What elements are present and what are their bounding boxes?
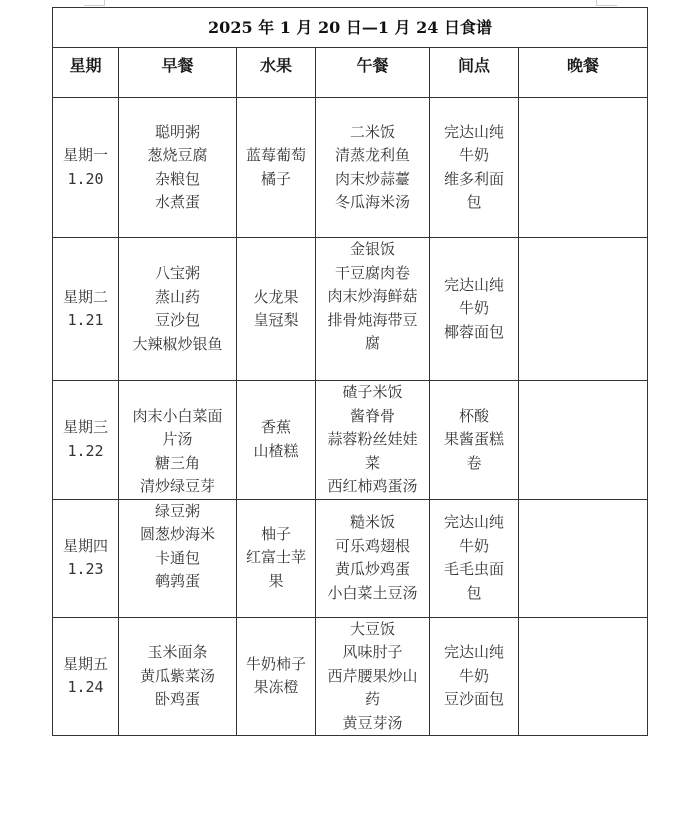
- lunch-cell: 碴子米饭 酱脊骨 蒜蓉粉丝娃娃 菜 西红柿鸡蛋汤: [316, 381, 430, 500]
- menu-title: 2025 年 1 月 20 日—1 月 24 日食谱: [53, 8, 648, 48]
- menu-item: 果酱蛋糕: [430, 428, 518, 452]
- snack-cell: 完达山纯 牛奶 毛毛虫面 包: [430, 499, 519, 617]
- day-date: 1.20: [53, 168, 118, 192]
- lunch-cell: 二米饭 清蒸龙利鱼 肉末炒蒜薹 冬瓜海米汤: [316, 98, 430, 238]
- menu-item: 椰蓉面包: [430, 321, 518, 345]
- menu-item: 风味肘子: [316, 641, 429, 665]
- menu-item: 黄瓜紫菜汤: [119, 665, 236, 689]
- menu-item: 肉末炒蒜薹: [316, 168, 429, 192]
- dinner-cell: [519, 617, 648, 736]
- dinner-cell: [519, 499, 648, 617]
- menu-item: 水煮蛋: [119, 191, 236, 215]
- menu-item: 火龙果: [237, 286, 315, 310]
- day-name: 星期二: [53, 286, 118, 310]
- menu-item: 红富士苹: [237, 546, 315, 570]
- lunch-cell: 金银饭 干豆腐肉卷 肉末炒海鲜菇 排骨炖海带豆 腐: [316, 238, 430, 381]
- menu-item: 黄瓜炒鸡蛋: [316, 558, 429, 582]
- menu-item: 排骨炖海带豆: [316, 309, 429, 333]
- header-snack: 间点: [430, 48, 519, 98]
- day-cell: 星期二 1.21: [53, 238, 119, 381]
- menu-item: 完达山纯: [430, 641, 518, 665]
- breakfast-cell: 玉米面条 黄瓜紫菜汤 卧鸡蛋: [119, 617, 237, 736]
- menu-item: 柚子: [237, 523, 315, 547]
- menu-item: 糙米饭: [316, 511, 429, 535]
- day-date: 1.23: [53, 558, 118, 582]
- menu-item: 鹌鹑蛋: [119, 570, 236, 594]
- menu-item: 果: [237, 570, 315, 594]
- menu-item: 西芹腰果炒山: [316, 665, 429, 689]
- lunch-cell: 糙米饭 可乐鸡翅根 黄瓜炒鸡蛋 小白菜土豆汤: [316, 499, 430, 617]
- menu-item: 豆沙包: [119, 309, 236, 333]
- menu-item: 香蕉: [237, 416, 315, 440]
- fruit-cell: 蓝莓葡萄 橘子: [237, 98, 316, 238]
- breakfast-cell: 肉末小白菜面 片汤 糖三角 清炒绿豆芽: [119, 381, 237, 500]
- menu-item: 腐: [316, 332, 429, 356]
- menu-item: 肉末炒海鲜菇: [316, 285, 429, 309]
- menu-item: 药: [316, 688, 429, 712]
- snack-cell: 杯酸 果酱蛋糕 卷: [430, 381, 519, 500]
- menu-item: 毛毛虫面: [430, 558, 518, 582]
- table-row-friday: 星期五 1.24 玉米面条 黄瓜紫菜汤 卧鸡蛋 牛奶柿子 果冻橙 大豆饭 风味肘…: [53, 617, 648, 736]
- menu-item: 玉米面条: [119, 641, 236, 665]
- table-row-wednesday: 星期三 1.22 肉末小白菜面 片汤 糖三角 清炒绿豆芽 香蕉 山楂糕 碴子米饭…: [53, 381, 648, 500]
- menu-item: 碴子米饭: [316, 381, 429, 405]
- menu-item: 清蒸龙利鱼: [316, 144, 429, 168]
- day-name: 星期四: [53, 535, 118, 559]
- menu-item: 牛奶: [430, 535, 518, 559]
- header-breakfast: 早餐: [119, 48, 237, 98]
- breakfast-cell: 绿豆粥 圆葱炒海米 卡通包 鹌鹑蛋: [119, 499, 237, 617]
- menu-item: 西红柿鸡蛋汤: [316, 475, 429, 499]
- menu-item: 牛奶柿子: [237, 653, 315, 677]
- menu-item: 杂粮包: [119, 168, 236, 192]
- menu-item: 牛奶: [430, 665, 518, 689]
- menu-item: 维多利面: [430, 168, 518, 192]
- table-row-tuesday: 星期二 1.21 八宝粥 蒸山药 豆沙包 大辣椒炒银鱼 火龙果 皇冠梨 金银饭 …: [53, 238, 648, 381]
- menu-item: 金银饭: [316, 238, 429, 262]
- menu-item: 大辣椒炒银鱼: [119, 333, 236, 357]
- snack-cell: 完达山纯 牛奶 豆沙面包: [430, 617, 519, 736]
- snack-cell: 完达山纯 牛奶 维多利面 包: [430, 98, 519, 238]
- day-cell: 星期三 1.22: [53, 381, 119, 500]
- day-date: 1.24: [53, 676, 118, 700]
- menu-item: 绿豆粥: [119, 500, 236, 524]
- menu-item: 卡通包: [119, 547, 236, 571]
- menu-item: 可乐鸡翅根: [316, 535, 429, 559]
- menu-item: 冬瓜海米汤: [316, 191, 429, 215]
- dinner-cell: [519, 381, 648, 500]
- menu-item: 蒸山药: [119, 286, 236, 310]
- menu-item: 大豆饭: [316, 618, 429, 642]
- menu-item: 杯酸: [430, 405, 518, 429]
- header-lunch: 午餐: [316, 48, 430, 98]
- menu-item: 肉末小白菜面: [119, 405, 236, 429]
- menu-item: 蒜蓉粉丝娃娃: [316, 428, 429, 452]
- menu-item: 果冻橙: [237, 676, 315, 700]
- menu-item: 完达山纯: [430, 121, 518, 145]
- fruit-cell: 柚子 红富士苹 果: [237, 499, 316, 617]
- menu-item: 糖三角: [119, 452, 236, 476]
- day-name: 星期一: [53, 144, 118, 168]
- menu-item: 包: [430, 582, 518, 606]
- menu-item: 卧鸡蛋: [119, 688, 236, 712]
- day-cell: 星期五 1.24: [53, 617, 119, 736]
- crop-mark-right: [596, 0, 617, 6]
- menu-item: 圆葱炒海米: [119, 523, 236, 547]
- header-dinner: 晚餐: [519, 48, 648, 98]
- day-date: 1.21: [53, 309, 118, 333]
- table-row-thursday: 星期四 1.23 绿豆粥 圆葱炒海米 卡通包 鹌鹑蛋 柚子 红富士苹 果 糙米饭…: [53, 499, 648, 617]
- menu-item: 葱烧豆腐: [119, 144, 236, 168]
- menu-item: 聪明粥: [119, 121, 236, 145]
- fruit-cell: 火龙果 皇冠梨: [237, 238, 316, 381]
- header-day: 星期: [53, 48, 119, 98]
- day-cell: 星期四 1.23: [53, 499, 119, 617]
- menu-item: 豆沙面包: [430, 688, 518, 712]
- table-row-monday: 星期一 1.20 聪明粥 葱烧豆腐 杂粮包 水煮蛋 蓝莓葡萄 橘子 二米饭 清蒸…: [53, 98, 648, 238]
- menu-item: 蓝莓葡萄: [237, 144, 315, 168]
- menu-item: 清炒绿豆芽: [119, 475, 236, 499]
- menu-item: 山楂糕: [237, 440, 315, 464]
- breakfast-cell: 聪明粥 葱烧豆腐 杂粮包 水煮蛋: [119, 98, 237, 238]
- menu-item: 二米饭: [316, 121, 429, 145]
- menu-item: 黄豆芽汤: [316, 712, 429, 736]
- menu-item: 完达山纯: [430, 274, 518, 298]
- day-date: 1.22: [53, 440, 118, 464]
- weekly-menu-table: 2025 年 1 月 20 日—1 月 24 日食谱 星期 早餐 水果 午餐 间…: [52, 7, 648, 736]
- menu-item: 干豆腐肉卷: [316, 262, 429, 286]
- menu-item: 片汤: [119, 428, 236, 452]
- lunch-cell: 大豆饭 风味肘子 西芹腰果炒山 药 黄豆芽汤: [316, 617, 430, 736]
- breakfast-cell: 八宝粥 蒸山药 豆沙包 大辣椒炒银鱼: [119, 238, 237, 381]
- crop-mark-left: [84, 0, 105, 6]
- dinner-cell: [519, 98, 648, 238]
- header-row: 星期 早餐 水果 午餐 间点 晚餐: [53, 48, 648, 98]
- menu-item: 橘子: [237, 168, 315, 192]
- snack-cell: 完达山纯 牛奶 椰蓉面包: [430, 238, 519, 381]
- menu-item: 八宝粥: [119, 262, 236, 286]
- menu-item: 皇冠梨: [237, 309, 315, 333]
- menu-item: 卷: [430, 452, 518, 476]
- fruit-cell: 香蕉 山楂糕: [237, 381, 316, 500]
- day-cell: 星期一 1.20: [53, 98, 119, 238]
- menu-item: 小白菜土豆汤: [316, 582, 429, 606]
- header-fruit: 水果: [237, 48, 316, 98]
- menu-item: 完达山纯: [430, 511, 518, 535]
- menu-item: 菜: [316, 452, 429, 476]
- day-name: 星期三: [53, 416, 118, 440]
- menu-item: 牛奶: [430, 297, 518, 321]
- menu-item: 牛奶: [430, 144, 518, 168]
- dinner-cell: [519, 238, 648, 381]
- day-name: 星期五: [53, 653, 118, 677]
- fruit-cell: 牛奶柿子 果冻橙: [237, 617, 316, 736]
- menu-item: 包: [430, 191, 518, 215]
- menu-item: 酱脊骨: [316, 405, 429, 429]
